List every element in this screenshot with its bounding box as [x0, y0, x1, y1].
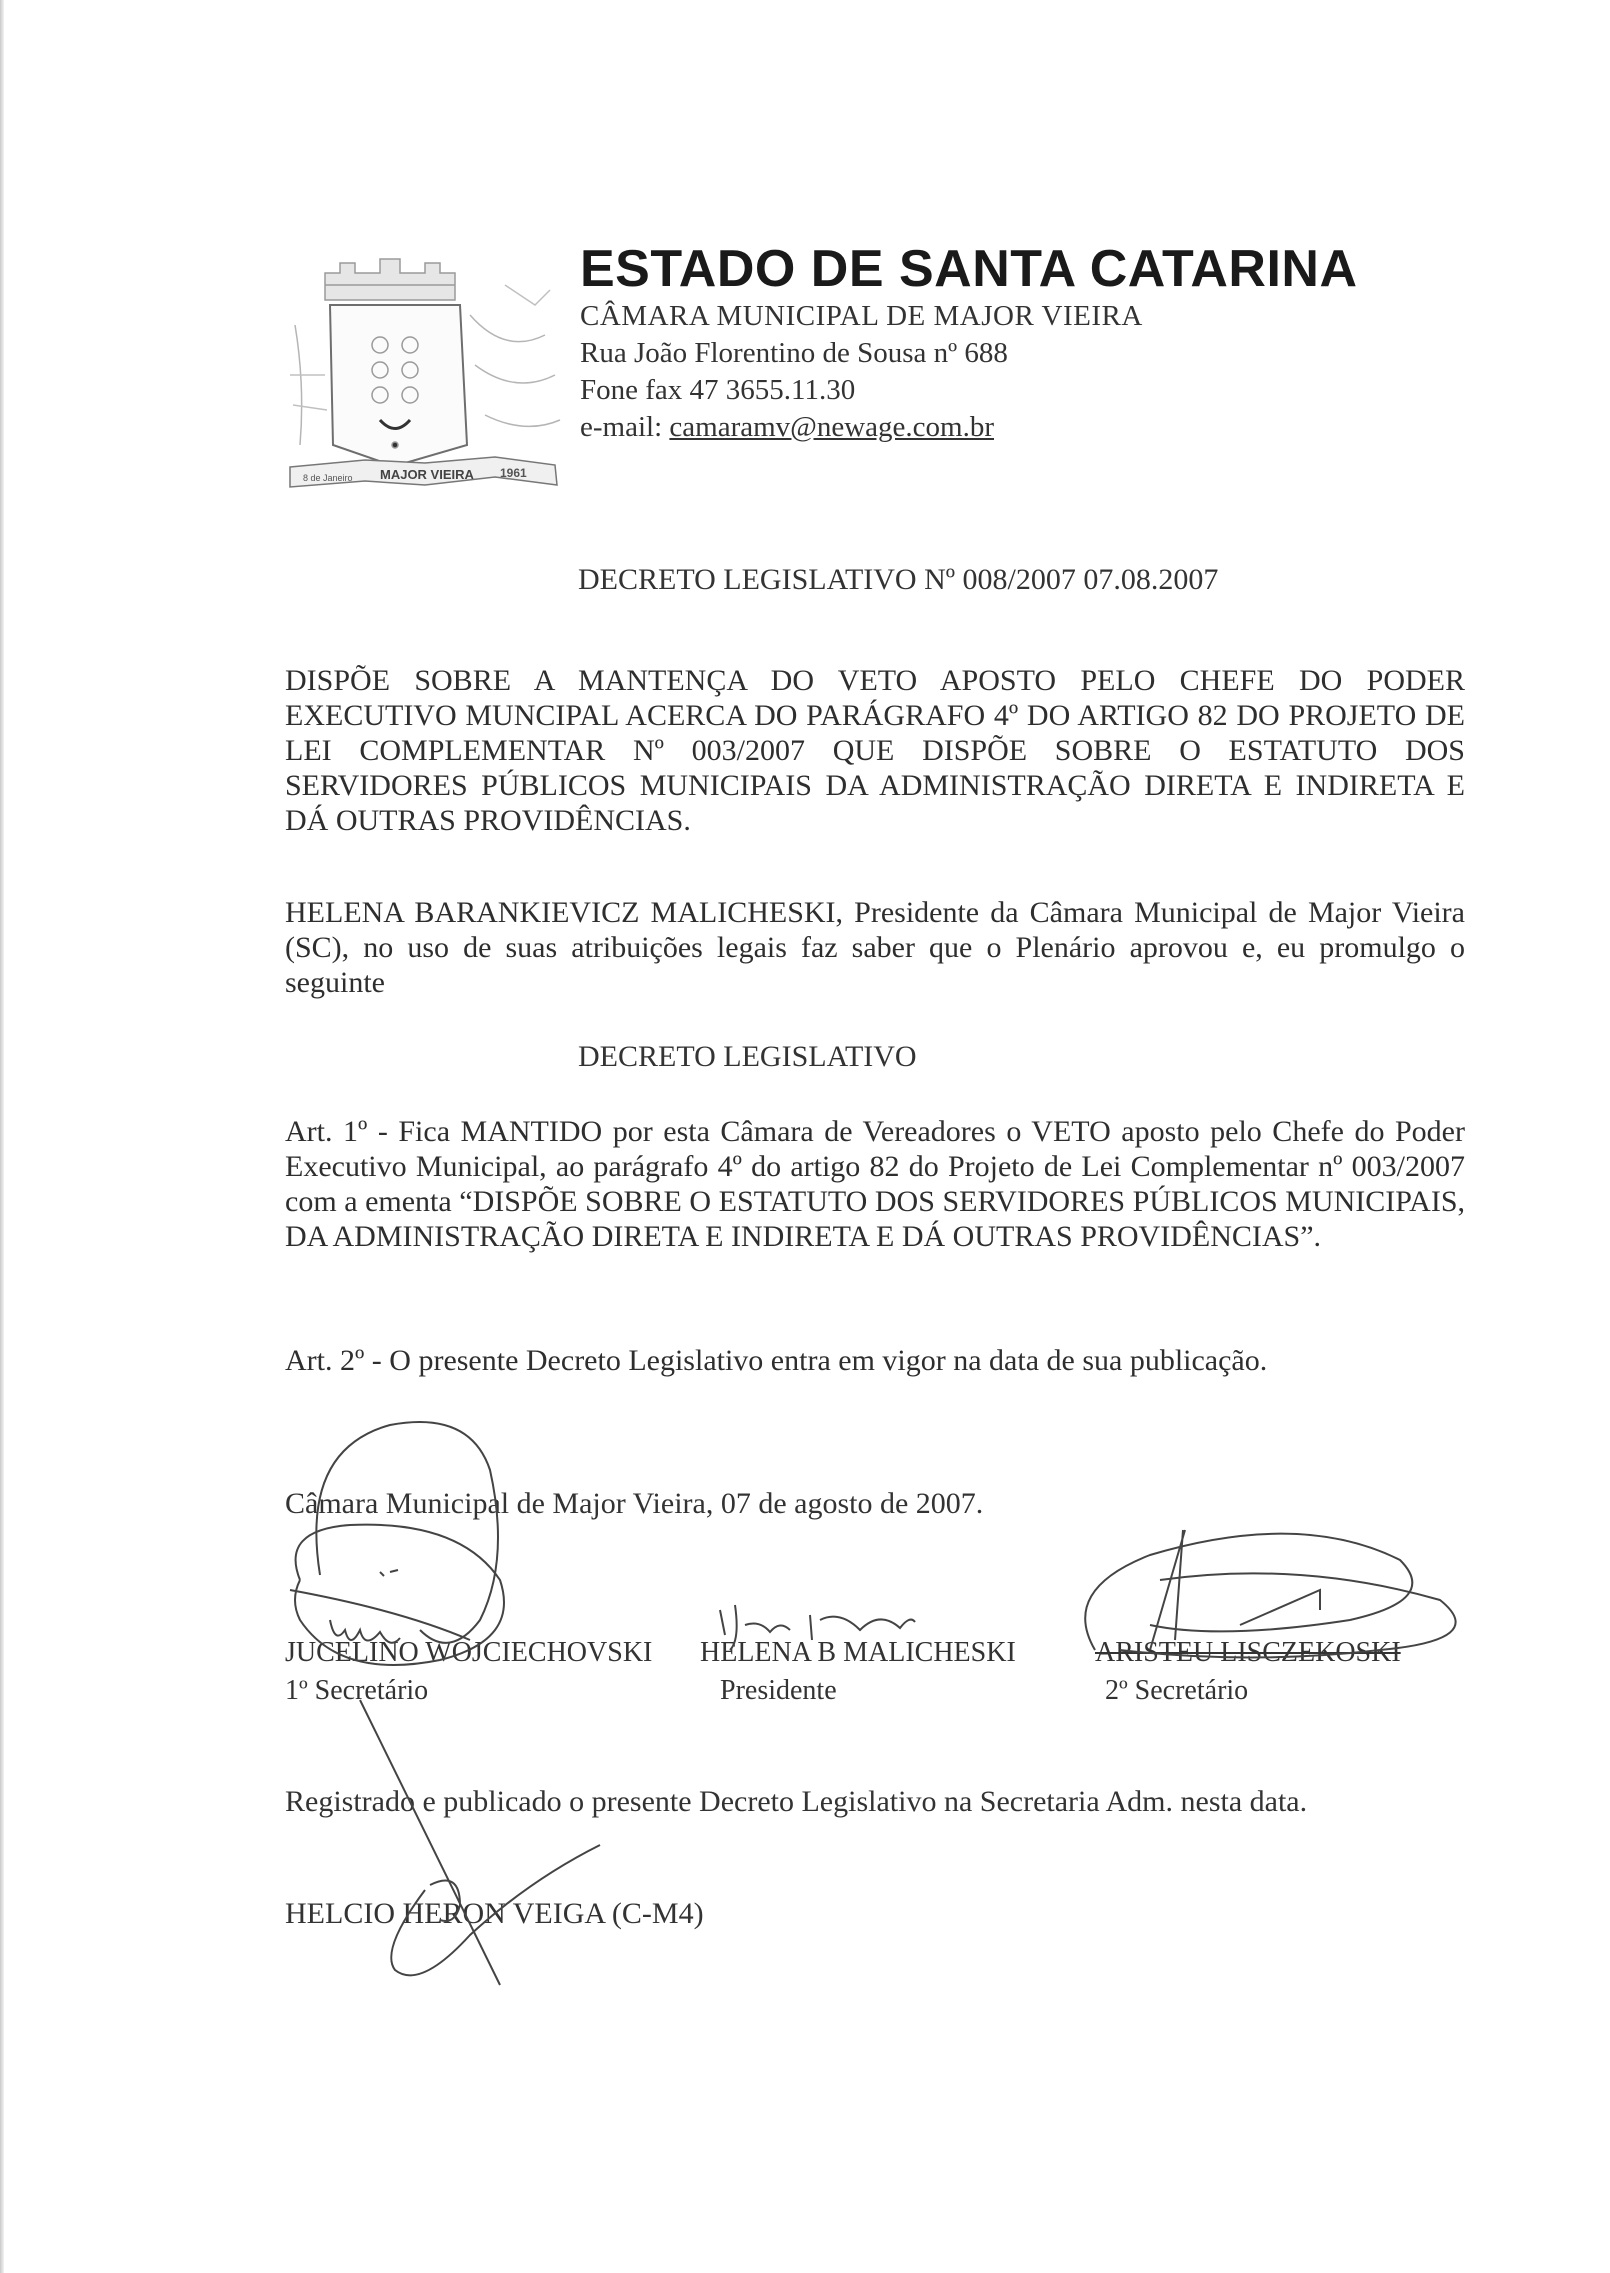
article-2: Art. 2º - O presente Decreto Legislativo… [285, 1343, 1465, 1378]
signature-registrar-icon [360, 1700, 600, 1985]
preamble: HELENA BARANKIEVICZ MALICHESKI, Presiden… [285, 895, 1465, 1000]
scan-page-edge [0, 0, 4, 2273]
place-date: Câmara Municipal de Major Vieira, 07 de … [285, 1487, 983, 1521]
ementa: DISPÕE SOBRE A MANTENÇA DO VETO APOSTO P… [285, 663, 1465, 838]
signatory-name-first-secretary: JUCELINO WOJCIECHOVSKI [285, 1637, 652, 1669]
signature-first-secretary-icon [290, 1422, 504, 1665]
registrar-name: HELCIO HERON VEIGA (C-M4) [285, 1897, 704, 1931]
signatory-role-first-secretary: 1º Secretário [285, 1675, 428, 1707]
phone: Fone fax 47 3655.11.30 [580, 372, 1358, 409]
decree-number: DECRETO LEGISLATIVO Nº 008/2007 07.08.20… [578, 563, 1218, 597]
registry-statement: Registrado e publicado o presente Decret… [285, 1785, 1307, 1819]
coat-of-arms-icon: 8 de Janeiro MAJOR VIEIRA 1961 [285, 245, 575, 510]
signatory-name-president: HELENA B MALICHESKI [700, 1637, 1016, 1669]
svg-text:1961: 1961 [500, 466, 527, 480]
letterhead: ESTADO DE SANTA CATARINA CÂMARA MUNICIPA… [580, 240, 1358, 446]
signatory-role-second-secretary: 2º Secretário [1105, 1675, 1248, 1707]
email-link[interactable]: camaramv@newage.com.br [669, 411, 994, 443]
email-line: e-mail: camaramv@newage.com.br [580, 409, 1358, 446]
svg-text:MAJOR VIEIRA: MAJOR VIEIRA [380, 467, 475, 482]
signatory-name-second-secretary: ARISTEU LISCZEKOSKI [1095, 1637, 1401, 1669]
email-label: e-mail: [580, 411, 669, 443]
signatory-role-president: Presidente [720, 1675, 837, 1707]
svg-text:8 de Janeiro: 8 de Janeiro [303, 473, 353, 483]
chamber-name: CÂMARA MUNICIPAL DE MAJOR VIEIRA [580, 298, 1358, 335]
address: Rua João Florentino de Sousa nº 688 [580, 335, 1358, 372]
state-title: ESTADO DE SANTA CATARINA [580, 240, 1358, 298]
article-1: Art. 1º - Fica MANTIDO por esta Câmara d… [285, 1114, 1465, 1254]
decree-heading: DECRETO LEGISLATIVO [578, 1040, 917, 1074]
